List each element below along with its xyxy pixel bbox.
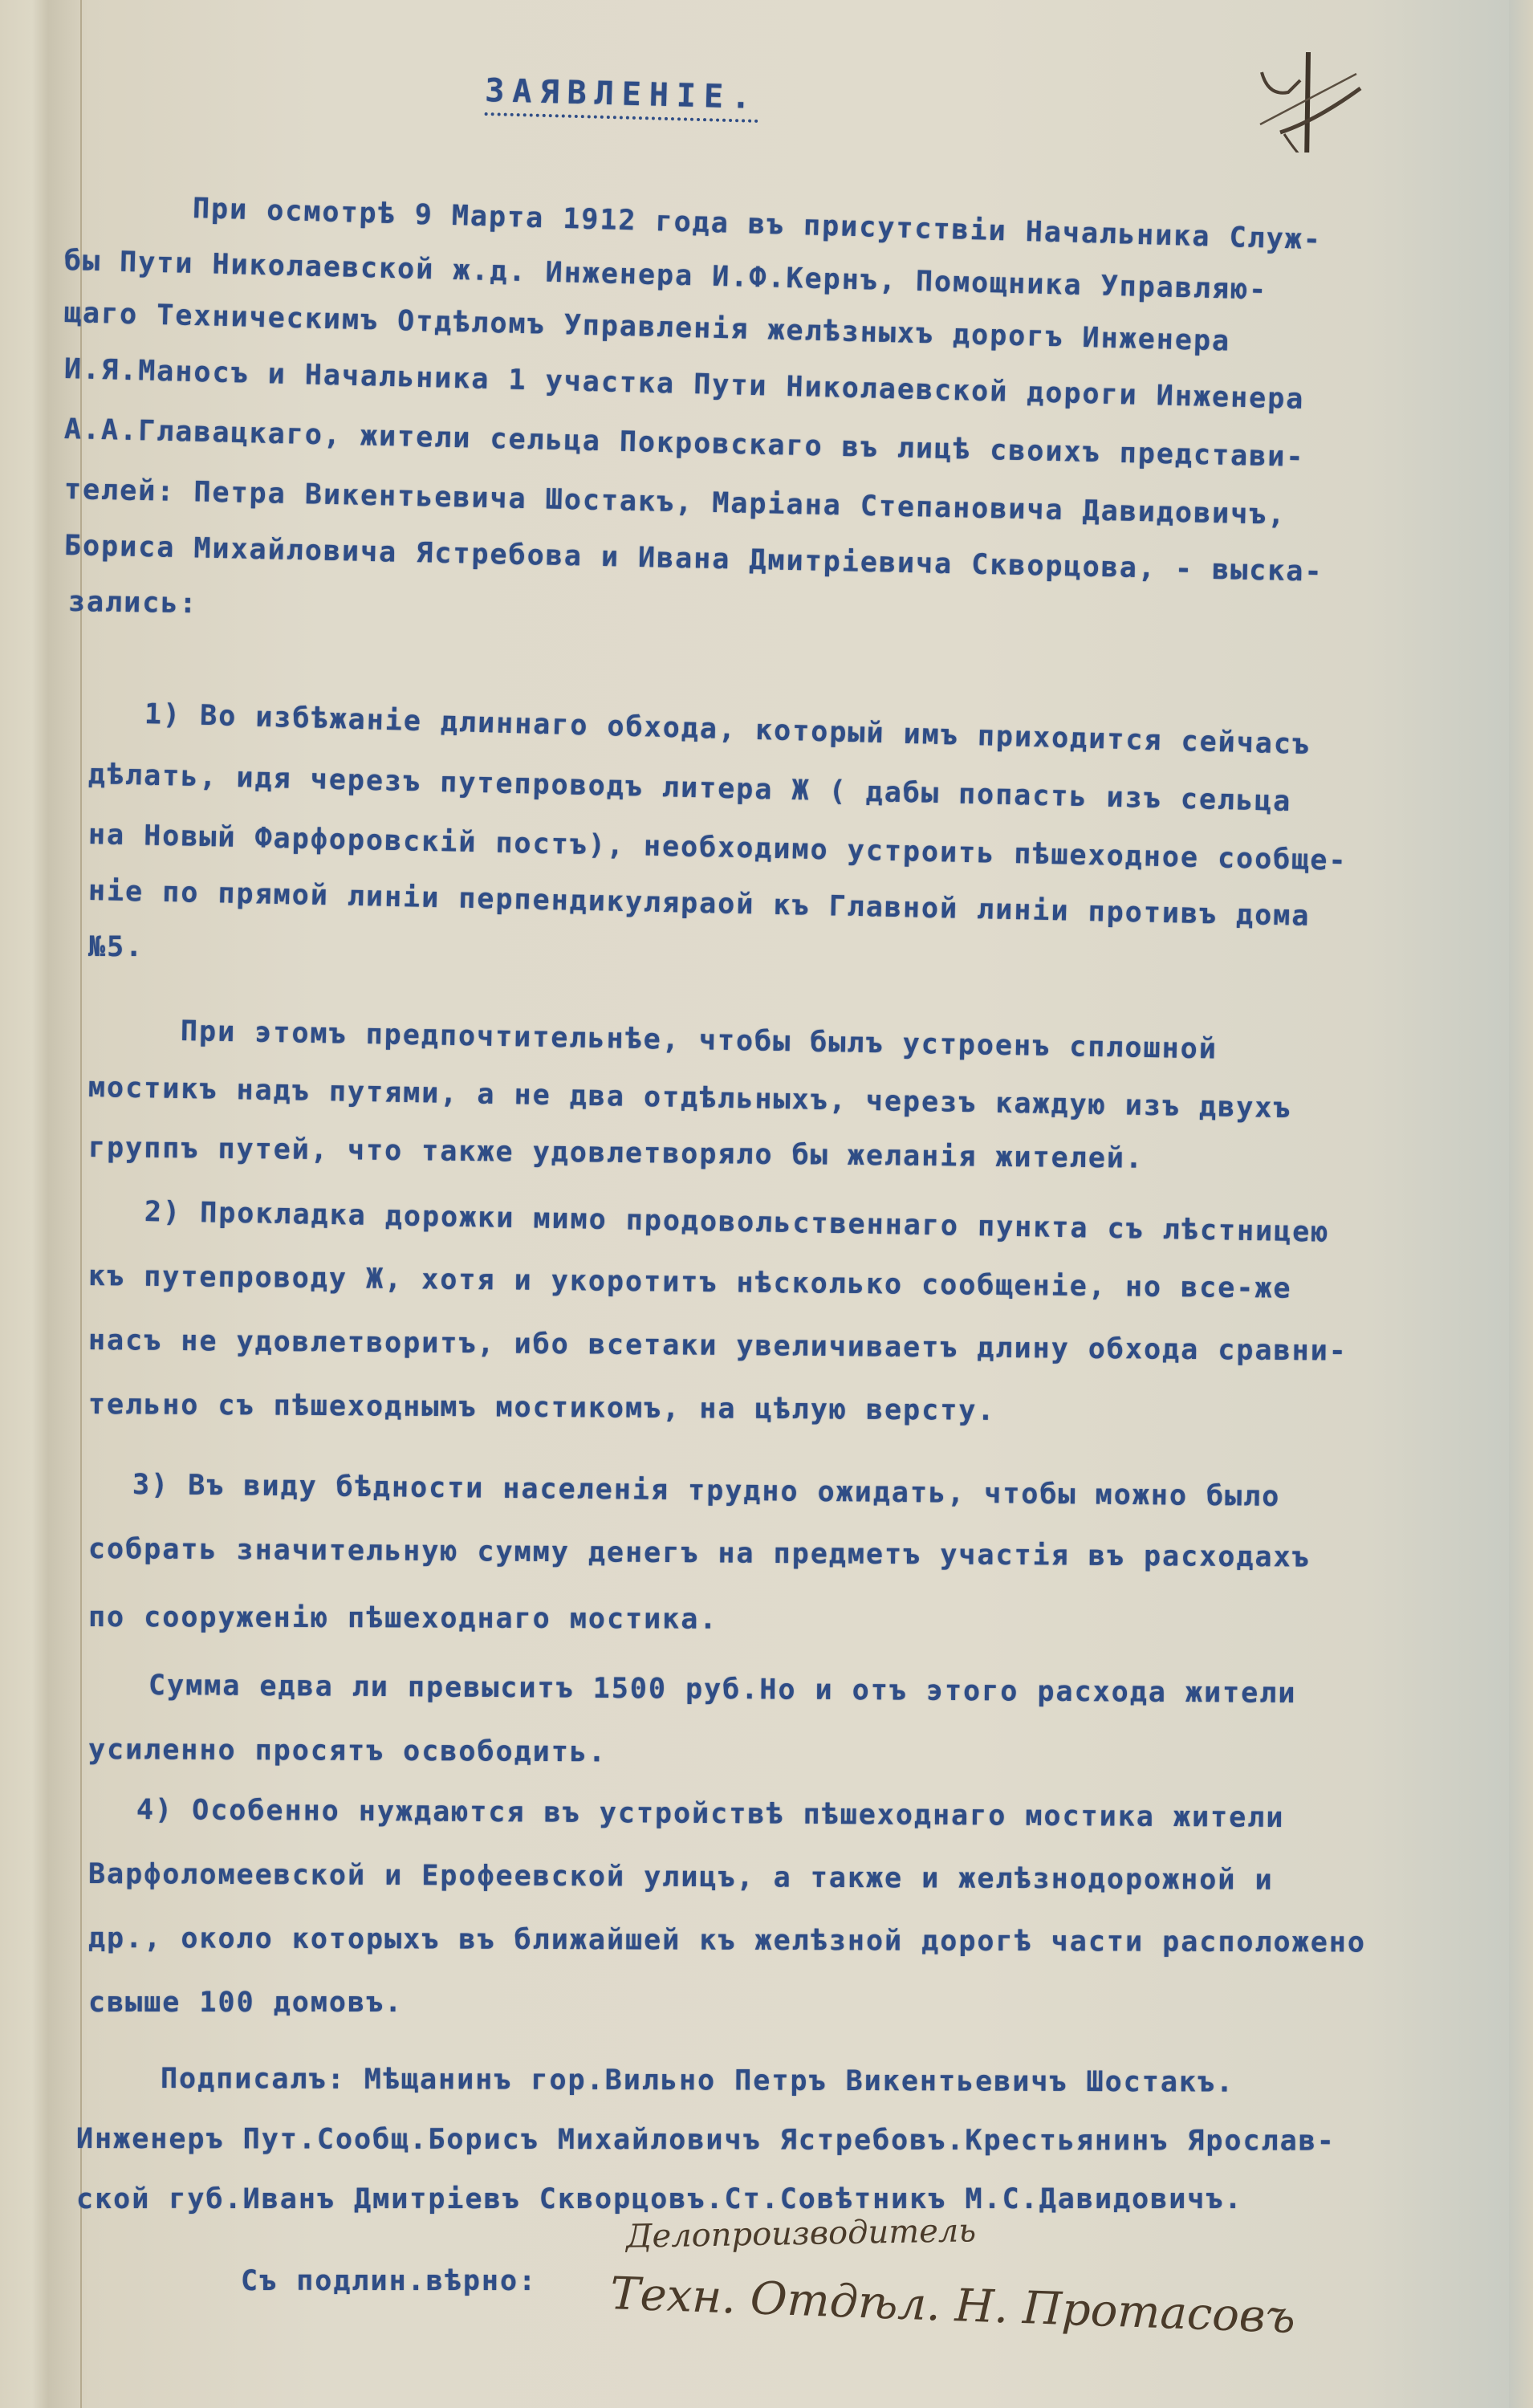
text-line-intro: А.А.Главацкаго, жители сельца Покровскаг… (64, 413, 1305, 474)
text-line-item3-note: усиленно просятъ освободить. (88, 1734, 607, 1768)
text-line-item1: дѣлать, идя черезъ путепроводъ литера Ж … (88, 759, 1292, 818)
text-line-item3: по сооруженію пѣшеходнаго мостика. (88, 1601, 718, 1636)
signature-line-1: Делопроизводитель (626, 2212, 977, 2255)
certified-label: Съ подлин.вѣрно: (241, 2265, 537, 2297)
text-line-item4: свыше 100 домовъ. (88, 1987, 403, 2019)
text-line-item1-note: группъ путей, что также удовлетворяло бы… (88, 1132, 1144, 1175)
text-line-item4: др., около которыхъ въ ближайшей къ желѣ… (88, 1922, 1366, 1959)
text-line-intro: Бориса Михайловича Ястребова и Ивана Дми… (64, 530, 1324, 588)
text-line-intro: щаго Техническимъ Отдѣломъ Управленія же… (64, 297, 1231, 358)
text-line-item1: ніе по прямой линіи перпендикулярaой къ … (88, 875, 1311, 933)
text-line-intro: бы Пути Николаевской ж.д. Инженера И.Ф.К… (64, 245, 1268, 307)
text-line-item2: 2) Прокладка дорожки мимо продовольствен… (144, 1196, 1330, 1249)
text-line-item1: 1) Во избѣжаніе длиннаго обхода, который… (144, 698, 1311, 761)
text-line-intro: При осмотрѣ 9 Марта 1912 года въ присутс… (192, 193, 1322, 256)
text-line-intro: зались: (68, 586, 198, 620)
text-line-item1: №5. (88, 931, 144, 963)
text-line-item1-note: При этомъ предпочтительнѣе, чтобы былъ у… (181, 1015, 1218, 1066)
text-line-signed: Подписалъ: Мѣщанинъ гор.Вильно Петръ Вик… (161, 2063, 1234, 2099)
text-line-item3: собрать значительную сумму денегъ на пре… (88, 1533, 1311, 1574)
text-line-item1: на Новый Фарфоровскій постъ), необходимо… (88, 819, 1348, 877)
text-line-item4: 4) Особенно нуждаются въ устройствѣ пѣше… (136, 1794, 1285, 1834)
text-line-item2: насъ не удовлетворитъ, ибо всетаки увели… (88, 1324, 1348, 1368)
text-line-item1-note: мостикъ надъ путями, а не два отдѣльныхъ… (88, 1072, 1292, 1125)
text-line-item2: къ путепроводу Ж, хотя и укоротитъ нѣско… (88, 1260, 1292, 1305)
folio-number-mark (1252, 24, 1381, 153)
page-right-edge (1509, 0, 1533, 2408)
signature-line-2: Техн. Отдѣл. Н. Протасовъ (609, 2268, 1296, 2344)
text-line-item3: 3) Въ виду бѣдности населенія трудно ожи… (132, 1469, 1281, 1513)
text-line-item3-note: Сумма едва ли превыситъ 1500 руб.Но и от… (148, 1670, 1297, 1710)
text-line-signed: Инженеръ Пут.Сообщ.Борисъ Михайловичъ Яс… (76, 2123, 1336, 2158)
text-line-item2: тельно съ пѣшеходнымъ мостикомъ, на цѣлу… (88, 1389, 996, 1427)
text-line-signed: ской губ.Иванъ Дмитріевъ Скворцовъ.Ст.Со… (76, 2183, 1243, 2215)
text-line-intro: телей: Петра Викентьевича Шостакъ, Маріа… (64, 474, 1287, 531)
handwritten-signature: Делопроизводитель Техн. Отдѣл. Н. Протас… (562, 2215, 1429, 2376)
document-page: ЗАЯВЛЕНІЕ. При осмотрѣ 9 Марта 1912 года… (0, 0, 1533, 2408)
text-line-item4: Варфоломеевской и Ерофеевской улицъ, а т… (88, 1858, 1274, 1897)
document-title: ЗАЯВЛЕНІЕ. (485, 72, 759, 123)
text-line-intro: И.Я.Маносъ и Начальника 1 участка Пути Н… (64, 353, 1305, 416)
